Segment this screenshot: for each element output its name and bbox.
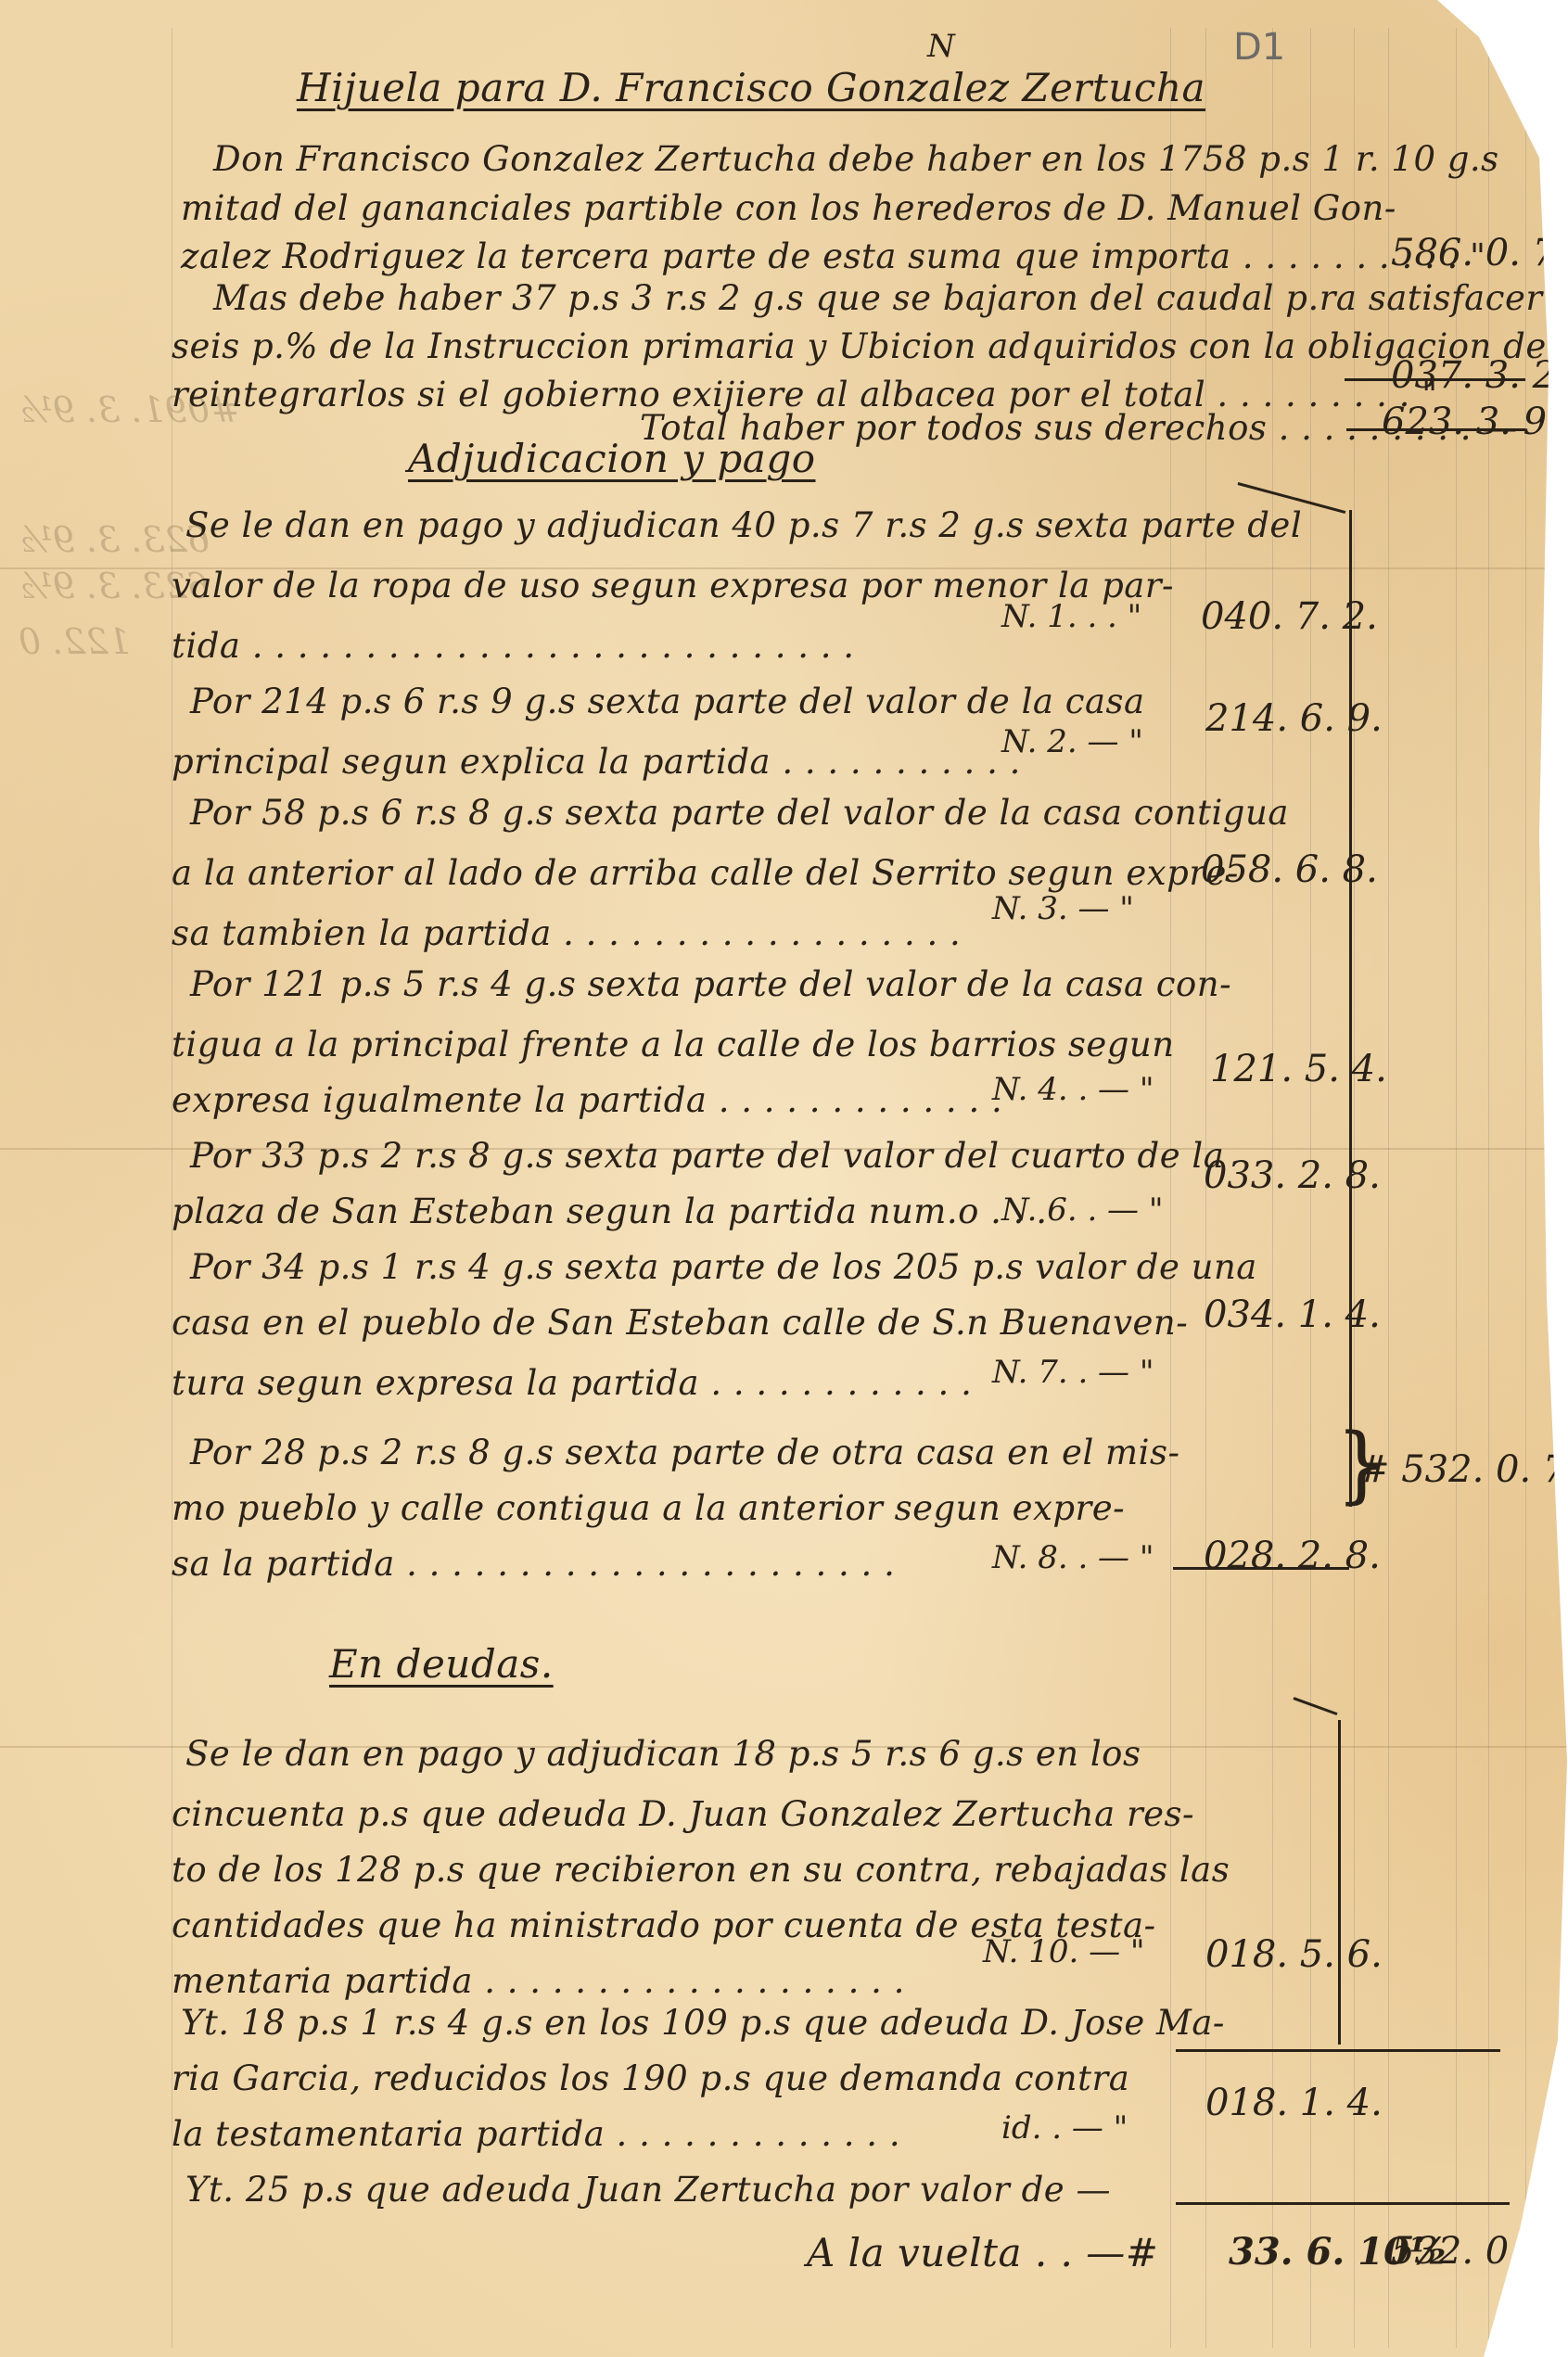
total-rule bbox=[1176, 2049, 1500, 2052]
entry-line: Por 58 p.s 6 r.s 8 g.s sexta parte del v… bbox=[190, 793, 1289, 833]
entry-ref: N. 1. . . " bbox=[1001, 598, 1141, 635]
underline-rule bbox=[1345, 378, 1525, 381]
entry-line: Por 214 p.s 6 r.s 9 g.s sexta parte del … bbox=[190, 682, 1145, 721]
extra-amount: 037. 3. 2. bbox=[1391, 354, 1568, 397]
entry-line: casa en el pueblo de San Esteban calle d… bbox=[172, 1303, 1188, 1343]
total-rule bbox=[1176, 2202, 1510, 2205]
intro-line: zalez Rodriguez la tercera parte de esta… bbox=[181, 236, 1486, 276]
extra-line: Mas debe haber 37 p.s 3 r.s 2 g.s que se… bbox=[213, 278, 1568, 318]
entry-line: tida . . . . . . . . . . . . . . . . . .… bbox=[172, 626, 855, 666]
entry-line: mo pueblo y calle contigua a la anterior… bbox=[172, 1488, 1125, 1528]
entry-ref: N. 4. . — " bbox=[992, 1071, 1154, 1108]
bleed-through-text: 623. 3. 9½ bbox=[19, 519, 210, 560]
manuscript-page: #091. 3. 9½ 623. 3. 9½ 623. 3. 9½ 122. 0… bbox=[0, 0, 1568, 2357]
entry-line: Se le dan en pago y adjudican 40 p.s 7 r… bbox=[185, 505, 1302, 545]
intro-amount: 586. 0. 7½ bbox=[1391, 232, 1568, 274]
entry-ref: N. 2. — " bbox=[1001, 723, 1143, 760]
intro-line: mitad del gananciales partible con los h… bbox=[181, 188, 1396, 228]
carry-label: A la vuelta . . —# bbox=[807, 2230, 1158, 2275]
entry-amount: 034. 1. 4. bbox=[1204, 1293, 1381, 1336]
entry-ref: N. 6. . — " bbox=[1001, 1191, 1164, 1229]
document-title: Hijuela para D. Francisco Gonzalez Zertu… bbox=[297, 65, 1205, 110]
entry-line: tigua a la principal frente a la calle d… bbox=[172, 1025, 1175, 1064]
entry-line: principal segun explica la partida . . .… bbox=[172, 742, 1021, 782]
entry-line: Yt. 18 p.s 1 r.s 4 g.s en los 109 p.s qu… bbox=[181, 2003, 1225, 2043]
entry-line: Por 121 p.s 5 r.s 4 g.s sexta parte del … bbox=[190, 964, 1231, 1004]
bleed-through-text: 122. 0 bbox=[19, 621, 131, 662]
carry-total: 532. 0 bbox=[1391, 2230, 1509, 2273]
entry-amount: 121. 5. 4. bbox=[1210, 1048, 1387, 1090]
entry-line: cincuenta p.s que adeuda D. Juan Gonzale… bbox=[172, 1794, 1194, 1834]
entry-amount: 058. 6. 8. bbox=[1201, 848, 1378, 891]
entry-line: la testamentaria partida . . . . . . . .… bbox=[172, 2114, 900, 2154]
archive-mark: D1 bbox=[1233, 26, 1285, 69]
entry-line: Por 33 p.s 2 r.s 8 g.s sexta parte del v… bbox=[190, 1136, 1224, 1176]
entry-line: plaza de San Esteban segun la partida nu… bbox=[172, 1191, 1047, 1231]
entry-line: Por 34 p.s 1 r.s 4 g.s sexta parte de lo… bbox=[190, 1247, 1257, 1287]
extra-line: seis p.% de la Instruccion primaria y Ub… bbox=[172, 326, 1547, 366]
entry-line: expresa igualmente la partida . . . . . … bbox=[172, 1080, 1002, 1120]
bracket-vertical bbox=[1338, 1720, 1341, 2045]
entry-line: mentaria partida . . . . . . . . . . . .… bbox=[172, 1961, 905, 2001]
intro-line: Don Francisco Gonzalez Zertucha debe hab… bbox=[213, 139, 1499, 179]
title-superscript: N bbox=[927, 28, 955, 65]
entry-line: Yt. 25 p.s que adeuda Juan Zertucha por … bbox=[185, 2170, 1111, 2210]
entry-amount: 033. 2. 8. bbox=[1204, 1154, 1381, 1197]
bracket-top bbox=[1293, 1697, 1337, 1715]
entry-amount: 018. 1. 4. bbox=[1205, 2082, 1383, 2124]
entry-line: sa la partida . . . . . . . . . . . . . … bbox=[172, 1544, 895, 1584]
entry-amount: 040. 7. 2. bbox=[1201, 595, 1378, 638]
entry-line: a la anterior al lado de arriba calle de… bbox=[172, 853, 1239, 893]
entry-ref: N. 8. . — " bbox=[992, 1539, 1154, 1576]
total-amount: 623. 3. 9½ bbox=[1382, 401, 1568, 443]
entry-line: tura segun expresa la partida . . . . . … bbox=[172, 1363, 972, 1403]
underline-rule bbox=[1346, 428, 1525, 431]
entry-ref: id. . — " bbox=[1001, 2109, 1128, 2147]
entry-line: ria Garcia, reducidos los 190 p.s que de… bbox=[172, 2058, 1129, 2098]
bracket-vertical bbox=[1349, 510, 1352, 1507]
entry-line: Por 28 p.s 2 r.s 8 g.s sexta parte de ot… bbox=[190, 1433, 1179, 1472]
entry-ref: N. 3. — " bbox=[992, 890, 1134, 927]
entry-line: sa tambien la partida . . . . . . . . . … bbox=[172, 913, 961, 953]
adjudicacion-subtotal: # 532. 0. 7. bbox=[1358, 1448, 1568, 1491]
entry-amount: 214. 6. 9. bbox=[1205, 697, 1383, 740]
section-heading-adjudicacion: Adjudicacion y pago bbox=[408, 436, 816, 481]
entry-ref: N. 7. . — " bbox=[992, 1354, 1154, 1391]
entry-line: Se le dan en pago y adjudican 18 p.s 5 r… bbox=[185, 1734, 1141, 1774]
section-heading-deudas: En deudas. bbox=[329, 1641, 554, 1687]
entry-amount: 028. 2. 8. bbox=[1204, 1535, 1381, 1577]
entry-ref: N. 10. — " bbox=[983, 1933, 1145, 1970]
entry-amount: 018. 5. 6. bbox=[1205, 1933, 1383, 1976]
entry-line: to de los 128 p.s que recibieron en su c… bbox=[172, 1850, 1230, 1890]
